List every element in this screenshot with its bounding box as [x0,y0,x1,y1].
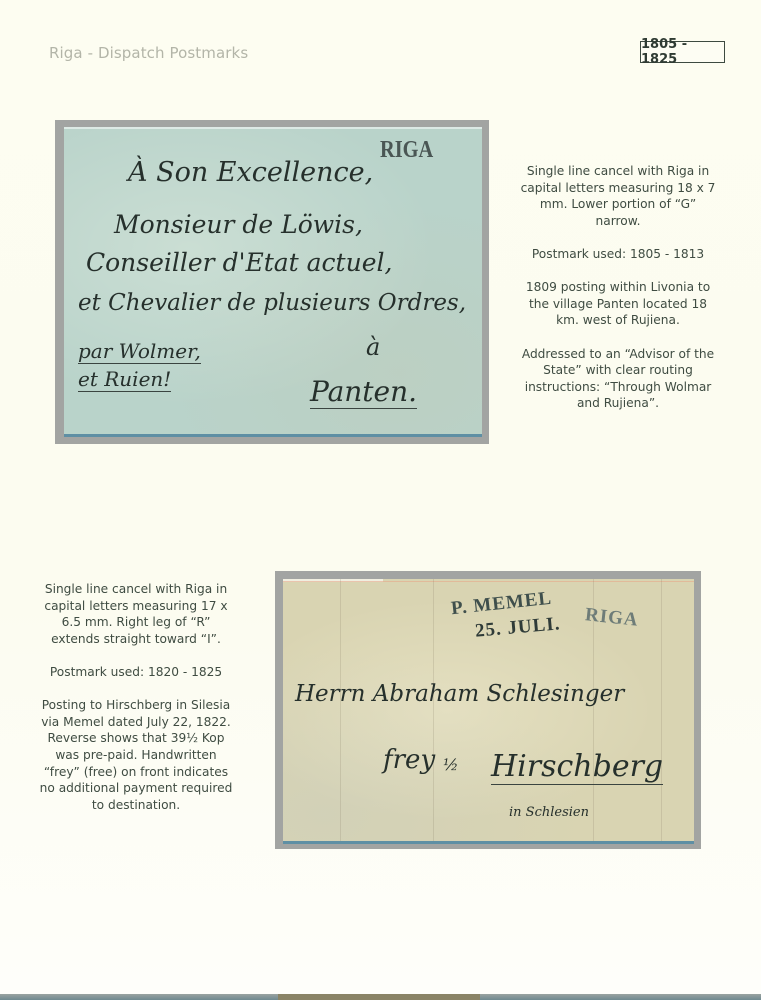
description-paragraph: Posting to Hirschberg in Silesia via Mem… [36,697,236,813]
routing-line-1: par Wolmer, [78,339,201,364]
address-line-4: et Chevalier de plusieurs Ordres, [78,290,466,316]
cover-1-image: RIGA À Son Excellence, Monsieur de Löwis… [64,127,482,437]
description-paragraph: Addressed to an “Advisor of the State” w… [518,346,718,412]
date-range-badge: 1805 - 1825 [640,41,725,63]
cover-2-description: Single line cancel with Riga in capital … [36,581,236,830]
frey-note: frey [383,745,435,775]
page-bottom-edge [0,994,761,1000]
recipient-line: Herrn Abraham Schlesinger [295,681,624,707]
routing-line-2: et Ruien! [78,367,171,392]
destination-hirschberg: Hirschberg [491,749,663,785]
cover-1-description: Single line cancel with Riga in capital … [518,163,718,429]
address-line-2: Monsieur de Löwis, [114,210,363,239]
destination-region: in Schlesien [509,805,589,820]
cover-2-image: P. MEMEL 25. JULI. RIGA Herrn Abraham Sc… [283,579,694,844]
description-paragraph: 1809 posting within Livonia to the villa… [518,279,718,329]
description-paragraph: Single line cancel with Riga in capital … [36,581,236,647]
page-title: Riga - Dispatch Postmarks [49,44,248,62]
frey-fraction: ½ [443,755,459,774]
memel-postmark-line-2: 25. JULI. [474,613,561,642]
destination-panten: Panten. [310,375,417,409]
riga-postmark-1: RIGA [380,137,433,164]
address-line-3: Conseiller d'Etat actuel, [86,248,392,277]
address-line-1: À Son Excellence, [128,157,373,188]
description-paragraph: Postmark used: 1805 - 1813 [518,246,718,263]
description-paragraph: Single line cancel with Riga in capital … [518,163,718,229]
description-paragraph: Postmark used: 1820 - 1825 [36,664,236,681]
destination-prefix: à [366,333,380,361]
